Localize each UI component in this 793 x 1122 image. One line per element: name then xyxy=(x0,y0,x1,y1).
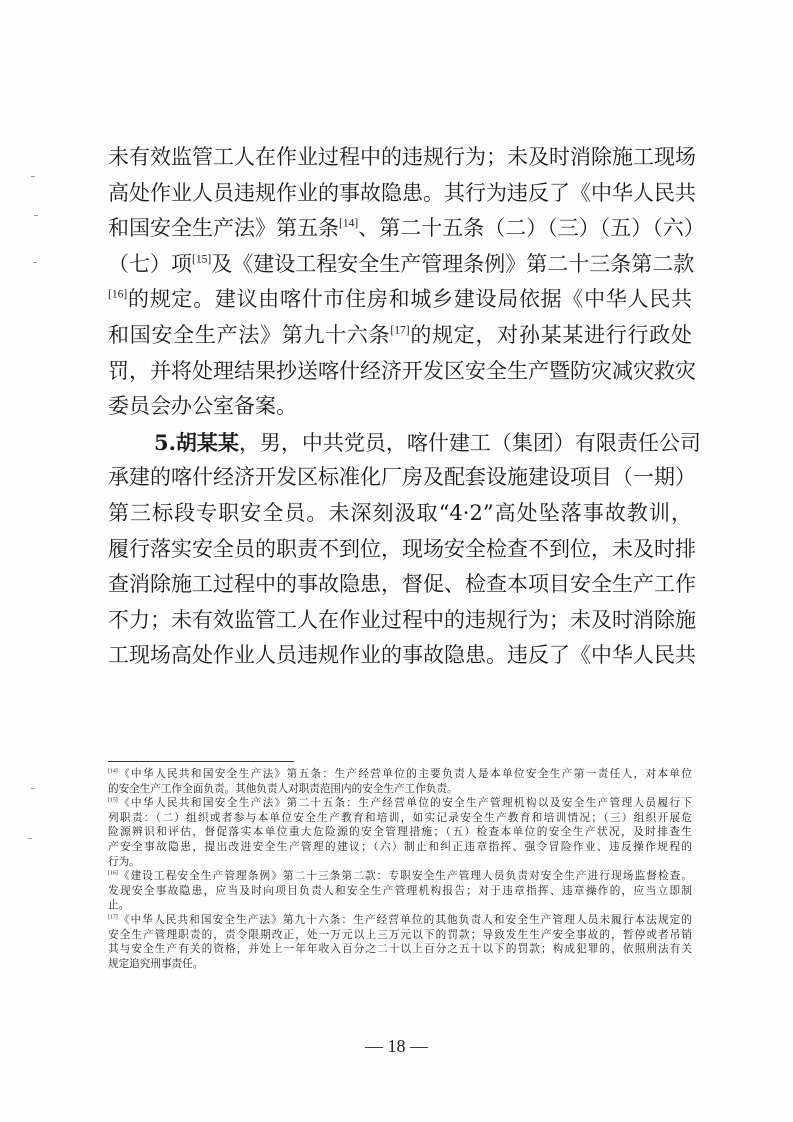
footnote-15: [15]《中华人民共和国安全生产法》第二十五条：生产经营单位的安全生产管理机构以… xyxy=(108,796,692,811)
footnote-line: 其与安全生产有关的资格，并处上一年年收入百分之二十以上百分之五十以下的罚款；构成… xyxy=(108,942,692,957)
document-page: 未有效监管工人在作业过程中的违规行为；未及时消除施工现场 高处作业人员违规作业的… xyxy=(0,0,793,1122)
paragraph-start: 5.胡某某，男，中共党员，喀什建工（集团）有限责任公司 xyxy=(108,425,692,461)
footnote-line: 列职责：（二）组织或者参与本单位安全生产教育和培训，如实记录安全生产教育和培训情… xyxy=(108,811,692,826)
footnote-16: [16]《建设工程安全生产管理条例》第二十三条第二款：专职安全生产管理人员负责对… xyxy=(108,869,692,884)
body-line: 和国安全生产法》第五条[14]、第二十五条（二）（三）（五）（六） xyxy=(108,211,692,247)
footnote-ref-14[interactable]: [14] xyxy=(339,218,358,230)
scan-speck xyxy=(33,262,37,263)
body-line: 高处作业人员违规作业的事故隐患。其行为违反了《中华人民共 xyxy=(108,176,692,212)
footnote-line: 发现安全事故隐患，应当及时向项目负责人和安全生产管理机构报告；对于违章指挥、违章… xyxy=(108,884,692,899)
footnote-14: [14]《中华人民共和国安全生产法》第五条：生产经营单位的主要负责人是本单位安全… xyxy=(108,767,692,782)
footnotes: [14]《中华人民共和国安全生产法》第五条：生产经营单位的主要负责人是本单位安全… xyxy=(108,767,692,971)
body-line: [16]的规定。建议由喀什市住房和城乡建设局依据《中华人民共 xyxy=(108,282,692,318)
body-line: 查消除施工过程中的事故隐患，督促、检查本项目安全生产工作 xyxy=(108,567,692,603)
footnote-line: 安全生产管理职责的，责令限期改正，处一万元以上三万元以下的罚款；导致发生生产安全… xyxy=(108,928,692,943)
body-text: 未有效监管工人在作业过程中的违规行为；未及时消除施工现场 高处作业人员违规作业的… xyxy=(108,140,692,674)
body-line: 和国安全生产法》第九十六条[17]的规定，对孙某某进行行政处 xyxy=(108,318,692,354)
footnote-line: 产安全事故隐患，提出改进安全生产管理的建议；（六）制止和纠正违章指挥、强令冒险作… xyxy=(108,840,692,855)
body-line: 履行落实安全员的职责不到位，现场安全检查不到位，未及时排 xyxy=(108,532,692,568)
footnote-17: [17]《中华人民共和国安全生产法》第九十六条：生产经营单位的其他负责人和安全生… xyxy=(108,913,692,928)
scan-speck xyxy=(34,215,38,216)
scan-speck xyxy=(31,788,35,789)
body-line: 第三标段专职安全员。未深刻汲取“4·2”高处坠落事故教训， xyxy=(108,496,692,532)
body-line: 工现场高处作业人员违规作业的事故隐患。违反了《中华人民共 xyxy=(108,638,692,674)
scan-speck xyxy=(31,176,35,177)
body-line: （七）项[15]及《建设工程安全生产管理条例》第二十三条第二款 xyxy=(108,247,692,283)
footnote-line: 规定追究刑事责任。 xyxy=(108,957,692,972)
footnote-line: 止。 xyxy=(108,898,692,913)
footnote-ref-15[interactable]: [15] xyxy=(192,253,211,265)
body-line: 未有效监管工人在作业过程中的违规行为；未及时消除施工现场 xyxy=(108,140,692,176)
footnote-line: 行为。 xyxy=(108,855,692,870)
body-line: 承建的喀什经济开发区标准化厂房及配套设施建设项目（一期） xyxy=(108,460,692,496)
footnote-line: 的安全生产工作全面负责。其他负责人对职责范围内的安全生产工作负责。 xyxy=(108,782,692,797)
person-name: 5.胡某某 xyxy=(154,430,239,455)
body-line: 罚，并将处理结果抄送喀什经济开发区安全生产暨防灾减灾救灾 xyxy=(108,354,692,390)
page-number: — 18 — xyxy=(0,1036,793,1057)
footnote-ref-17[interactable]: [17] xyxy=(390,324,409,336)
footnote-separator xyxy=(108,761,294,762)
scan-speck xyxy=(28,838,32,839)
body-line: 不力；未有效监管工人在作业过程中的违规行为；未及时消除施 xyxy=(108,603,692,639)
footnote-ref-16[interactable]: [16] xyxy=(108,289,127,301)
footnote-line: 险源辨识和评估，督促落实本单位重大危险源的安全管理措施；（五）检查本单位的安全生… xyxy=(108,825,692,840)
body-line: 委员会办公室备案。 xyxy=(108,389,692,425)
